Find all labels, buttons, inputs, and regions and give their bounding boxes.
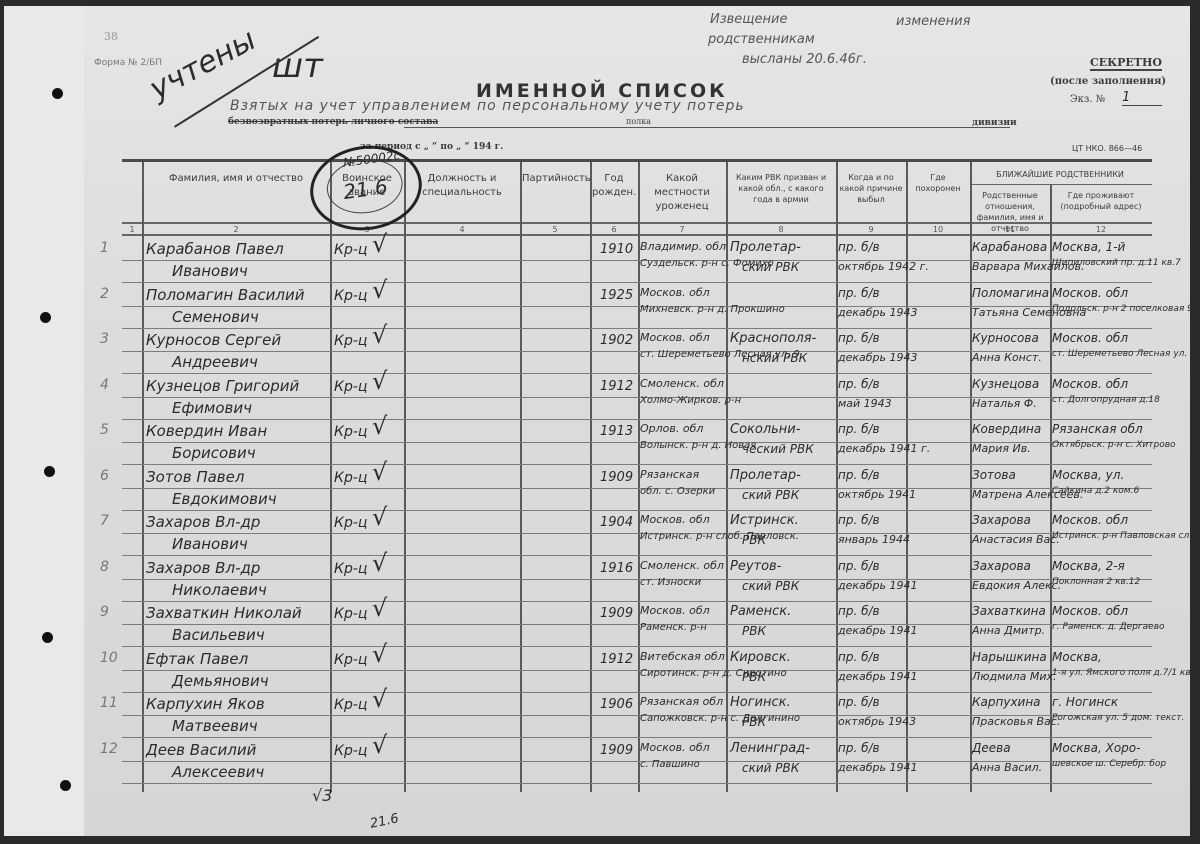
note-right: изменения: [896, 14, 970, 29]
origin-line-1: Владимир. обл: [640, 240, 726, 253]
origin-line-1: Рязанская обл: [640, 695, 723, 708]
relative-line-1: Захарова: [972, 559, 1031, 573]
address-line-2: Октябрьск. р-н с. Хитрово: [1052, 440, 1176, 450]
address-line-1: г. Ногинск: [1052, 695, 1118, 709]
column-header: Когда и по какой причине выбыл: [838, 172, 904, 205]
relative-line-2: Прасковья Вас.: [972, 715, 1060, 728]
checkmark-icon: √: [372, 549, 387, 577]
left-date: январь 1944: [838, 533, 910, 546]
name: Ефтак Павел: [146, 650, 248, 668]
birth-year: 1925: [600, 288, 633, 303]
column-number: 1: [122, 225, 142, 234]
table-row: 3Курносов СергейАндреевичКр-ц1902Москов.…: [122, 329, 1152, 375]
birth-year: 1906: [600, 697, 633, 712]
rank: Кр-ц: [334, 470, 367, 486]
relative-line-1: Карабанова: [972, 240, 1047, 254]
rvk-line-2: ский РВК: [742, 488, 799, 502]
address-line-2: г. Раменск. д. Дергаево: [1052, 622, 1165, 632]
rvk-line-2: ский РВК: [742, 579, 799, 593]
row-number: 2: [100, 286, 109, 302]
origin-line-2: Раменск. р-н: [640, 622, 707, 633]
table-row: 4Кузнецов ГригорийЕфимовичКр-ц1912Смолен…: [122, 375, 1152, 421]
left-date: декабрь 1941 г.: [838, 442, 930, 455]
column-header: Год рожден.: [592, 172, 636, 200]
address-line-2: Рогожская ул. 5 дом. текст.: [1052, 713, 1184, 723]
rank: Кр-ц: [334, 242, 367, 258]
address-line-1: Москов. обл: [1052, 377, 1128, 391]
left-date: декабрь 1941: [838, 624, 918, 637]
name: Карабанов Павел: [146, 240, 284, 258]
rvk-line-2: ский РВК: [742, 260, 799, 274]
origin-line-2: Михневск. р-н д. Прокшино: [640, 304, 785, 315]
rank: Кр-ц: [334, 561, 367, 577]
origin-line-2: Волынск. р-н д. Новая: [640, 440, 756, 451]
column-number: 6: [590, 225, 638, 234]
table-row: 1Карабанов ПавелИвановичКр-ц1910Владимир…: [122, 238, 1152, 284]
checkmark-icon: √: [372, 640, 387, 668]
origin-line-2: с. Павшино: [640, 759, 700, 770]
left-date: октябрь 1941: [838, 488, 916, 501]
address-line-2: Подольск. р-н 2 поселковая 9 кв.3: [1052, 304, 1190, 314]
relative-line-1: Кузнецова: [972, 377, 1039, 391]
relative-line-2: Анна Васил.: [972, 761, 1042, 774]
origin-line-1: Смоленск. обл: [640, 377, 724, 390]
patronymic: Андреевич: [172, 353, 258, 371]
printed-polka: полка: [626, 117, 651, 126]
relative-line-1: Курносова: [972, 331, 1039, 345]
relative-line-1: Карпухина: [972, 695, 1041, 709]
number-row-divider: [122, 234, 1152, 236]
rvk-line-1: Раменск.: [730, 604, 791, 619]
footer-mark: √3: [312, 786, 332, 805]
birth-year: 1909: [600, 606, 633, 621]
origin-line-1: Москов. обл: [640, 513, 710, 526]
rvk-line-2: ческий РВК: [742, 442, 814, 456]
rvk-line-2: РВК: [742, 533, 766, 547]
left-reason: пр. б/в: [838, 422, 880, 436]
relative-line-2: Анна Конст.: [972, 351, 1042, 364]
relative-line-1: Ковердина: [972, 422, 1041, 436]
patronymic: Демьянович: [172, 672, 269, 690]
sheet-number: 38: [104, 30, 118, 43]
address-line-1: Москов. обл: [1052, 513, 1128, 527]
after-fill-label: (после заполнения): [1050, 76, 1166, 87]
handwritten-signature-2: шт: [272, 46, 323, 86]
rvk-line-2: РВК: [742, 715, 766, 729]
address-line-1: Москва, 1-й: [1052, 240, 1125, 254]
copy-label: Экз. №: [1070, 94, 1105, 105]
name: Захваткин Николай: [146, 604, 302, 622]
address-line-2: шевское ш. Серебр. бор: [1052, 759, 1166, 769]
left-reason: пр. б/в: [838, 286, 880, 300]
note-line-1: Извещение: [710, 12, 788, 27]
rank: Кр-ц: [334, 652, 367, 668]
origin-line-2: Истринск. р-н слоб. Павловск.: [640, 531, 799, 542]
rank: Кр-ц: [334, 424, 367, 440]
group-divider: [970, 184, 1152, 185]
rvk-line-1: Пролетар-: [730, 240, 801, 255]
rvk-line-2: РВК: [742, 624, 766, 638]
left-reason: пр. б/в: [838, 695, 880, 709]
patronymic: Васильевич: [172, 626, 265, 644]
relative-line-2: Наталья Ф.: [972, 397, 1037, 410]
left-date: декабрь 1943: [838, 306, 918, 319]
table-row: 2Поломагин ВасилийСеменовичКр-ц1925Моско…: [122, 284, 1152, 330]
relative-line-1: Нарышкина: [972, 650, 1047, 664]
punch-hole: [42, 632, 53, 643]
column-header: Где похоронен: [908, 172, 968, 194]
relative-line-1: Захваткина: [972, 604, 1046, 618]
patronymic: Алексеевич: [172, 763, 264, 781]
origin-line-2: Сапожковск. р-н с. Долгинино: [640, 713, 800, 724]
address-line-2: 1-я ул. Ямского поля д.7/1 кв.6: [1052, 668, 1190, 678]
footer-date: 21.6: [369, 811, 400, 832]
birth-year: 1904: [600, 515, 633, 530]
note-line-3: высланы 20.6.46г.: [742, 52, 867, 67]
patronymic: Николаевич: [172, 581, 267, 599]
document-page: 38 Форма № 2/БП учтены шт Извещение родс…: [4, 6, 1190, 836]
address-line-1: Москов. обл: [1052, 286, 1128, 300]
column-number: 10: [906, 225, 970, 234]
relative-line-1: Деева: [972, 741, 1011, 755]
rvk-line-1: Истринск.: [730, 513, 799, 528]
checkmark-icon: √: [372, 731, 387, 759]
relative-line-1: Поломагина: [972, 286, 1049, 300]
origin-line-2: Холмо-Жирков. р-н: [640, 395, 741, 406]
rvk-line-2: РВК: [742, 670, 766, 684]
address-line-2: Истринск. р-н Павловская сл.: [1052, 531, 1190, 541]
column-number: 4: [404, 225, 520, 234]
name: Зотов Павел: [146, 468, 244, 486]
address-line-1: Москва, ул.: [1052, 468, 1124, 482]
row-number: 3: [100, 331, 109, 347]
secret-label: СЕКРЕТНО: [1090, 56, 1162, 71]
table-row: 7Захаров Вл-дрИвановичКр-ц1904Москов. об…: [122, 511, 1152, 557]
address-line-2: ст. Долгопрудная д.18: [1052, 395, 1160, 405]
rvk-line-1: Сокольни-: [730, 422, 800, 437]
rvk-line-1: Реутов-: [730, 559, 781, 574]
checkmark-icon: √: [372, 321, 387, 349]
left-date: декабрь 1941: [838, 761, 918, 774]
print-code: ЦТ НКО. 866—46: [1072, 144, 1142, 153]
name: Поломагин Василий: [146, 286, 305, 304]
origin-line-1: Смоленск. обл: [640, 559, 724, 572]
rank: Кр-ц: [334, 606, 367, 622]
left-date: май 1943: [838, 397, 892, 410]
origin-line-2: ст. Износки: [640, 577, 701, 588]
address-line-1: Москва, 2-я: [1052, 559, 1125, 573]
rank: Кр-ц: [334, 743, 367, 759]
row-number: 1: [100, 240, 109, 256]
birth-year: 1912: [600, 379, 633, 394]
rvk-line-1: Кировск.: [730, 650, 791, 665]
copy-number: 1: [1122, 90, 1162, 106]
name: Деев Василий: [146, 741, 256, 759]
left-reason: пр. б/в: [838, 377, 880, 391]
table-row: 12Деев ВасилийАлексеевичКр-ц1909Москов. …: [122, 739, 1152, 785]
checkmark-icon: √: [372, 503, 387, 531]
left-reason: пр. б/в: [838, 559, 880, 573]
relative-line-2: Мария Ив.: [972, 442, 1031, 455]
name: Захаров Вл-др: [146, 559, 260, 577]
address-line-2: ст. Шереметьево Лесная ул. 9: [1052, 349, 1190, 359]
address-line-1: Москов. обл: [1052, 604, 1128, 618]
column-number: 12: [1050, 225, 1152, 234]
column-header: Партийность: [522, 172, 588, 186]
patronymic: Семенович: [172, 308, 259, 326]
address-line-2: Поклонная 2 кв.12: [1052, 577, 1140, 587]
rvk-line-1: Пролетар-: [730, 468, 801, 483]
column-number: 11: [970, 225, 1050, 234]
left-reason: пр. б/в: [838, 741, 880, 755]
row-number: 11: [100, 695, 118, 711]
left-date: декабрь 1943: [838, 351, 918, 364]
checkmark-icon: √: [372, 685, 387, 713]
birth-year: 1909: [600, 743, 633, 758]
checkmark-icon: √: [372, 458, 387, 486]
origin-line-1: Рязанская: [640, 468, 699, 481]
origin-line-1: Москов. обл: [640, 604, 710, 617]
column-number: 7: [638, 225, 726, 234]
table-row: 10Ефтак ПавелДемьяновичКр-ц1912Витебская…: [122, 648, 1152, 694]
relative-line-2: Людмила Мих.: [972, 670, 1057, 683]
table-row: 8Захаров Вл-дрНиколаевичКр-ц1916Смоленск…: [122, 557, 1152, 603]
column-header: Должность и специальность: [406, 172, 518, 200]
table-row: 11Карпухин ЯковМатвеевичКр-ц1906Рязанска…: [122, 693, 1152, 739]
address-line-2: Сайкина д.2 ком.6: [1052, 486, 1139, 496]
row-number: 12: [100, 741, 118, 757]
origin-line-2: обл. с. Озерки: [640, 486, 715, 497]
form-number: Форма № 2/БП: [94, 58, 162, 68]
left-reason: пр. б/в: [838, 604, 880, 618]
left-reason: пр. б/в: [838, 513, 880, 527]
row-number: 5: [100, 422, 109, 438]
birth-year: 1902: [600, 333, 633, 348]
checkmark-icon: √: [372, 367, 387, 395]
checkmark-icon: √: [372, 276, 387, 304]
name: Захаров Вл-др: [146, 513, 260, 531]
name: Курносов Сергей: [146, 331, 281, 349]
address-line-1: Москва,: [1052, 650, 1102, 664]
rvk-line-2: ский РВК: [742, 761, 799, 775]
origin-line-1: Москов. обл: [640, 741, 710, 754]
patronymic: Иванович: [172, 535, 248, 553]
relative-line-2: Анастасия Вас.: [972, 533, 1060, 546]
left-reason: пр. б/в: [838, 240, 880, 254]
row-number: 6: [100, 468, 109, 484]
underline: [404, 127, 1010, 128]
checkmark-icon: √: [372, 230, 387, 258]
column-number: 8: [726, 225, 836, 234]
name: Ковердин Иван: [146, 422, 267, 440]
birth-year: 1909: [600, 470, 633, 485]
row-number: 10: [100, 650, 118, 666]
rvk-line-1: Ногинск.: [730, 695, 791, 710]
column-header: Каким РВК призван и какой обл., с какого…: [728, 172, 834, 205]
rank: Кр-ц: [334, 288, 367, 304]
checkmark-icon: √: [372, 412, 387, 440]
printed-division: дивизии: [972, 118, 1017, 128]
address-line-1: Рязанская обл: [1052, 422, 1143, 436]
left-reason: пр. б/в: [838, 650, 880, 664]
punch-hole: [44, 466, 55, 477]
relative-line-2: Евдокия Алекс.: [972, 579, 1061, 592]
column-header: Фамилия, имя и отчество: [144, 172, 328, 186]
patronymic: Матвеевич: [172, 717, 258, 735]
column-header: Где проживают (подробный адрес): [1052, 190, 1150, 212]
origin-line-1: Москов. обл: [640, 286, 710, 299]
origin-line-1: Витебская обл: [640, 650, 725, 663]
left-date: декабрь 1941: [838, 579, 918, 592]
row-number: 9: [100, 604, 109, 620]
patronymic: Ефимович: [172, 399, 252, 417]
origin-line-1: Орлов. обл: [640, 422, 703, 435]
row-number: 7: [100, 513, 109, 529]
patronymic: Иванович: [172, 262, 248, 280]
column-number: 5: [520, 225, 590, 234]
birth-year: 1912: [600, 652, 633, 667]
printed-subtitle: безвозвратных потерь личного состава: [228, 117, 438, 127]
table-row: 9Захваткин НиколайВасильевичКр-ц1909Моск…: [122, 602, 1152, 648]
punch-hole: [60, 780, 71, 791]
binding-margin: [4, 6, 84, 836]
column-number: 9: [836, 225, 906, 234]
rvk-line-1: Ленинград-: [730, 741, 810, 756]
birth-year: 1913: [600, 424, 633, 439]
checkmark-icon: √: [372, 594, 387, 622]
birth-year: 1910: [600, 242, 633, 257]
left-date: октябрь 1943: [838, 715, 916, 728]
rank: Кр-ц: [334, 333, 367, 349]
rank: Кр-ц: [334, 379, 367, 395]
left-reason: пр. б/в: [838, 468, 880, 482]
column-header: Какой местности уроженец: [640, 172, 724, 214]
left-reason: пр. б/в: [838, 331, 880, 345]
address-line-1: Москов. обл: [1052, 331, 1128, 345]
name: Карпухин Яков: [146, 695, 265, 713]
name: Кузнецов Григорий: [146, 377, 299, 395]
rank: Кр-ц: [334, 697, 367, 713]
relative-line-2: Анна Дмитр.: [972, 624, 1045, 637]
address-line-1: Москва, Хоро-: [1052, 741, 1140, 755]
row-number: 4: [100, 377, 109, 393]
column-number: 2: [142, 225, 330, 234]
personnel-table: БЛИЖАЙШИЕ РОДСТВЕННИКИ 1Фамилия, имя и о…: [122, 159, 1152, 792]
patronymic: Евдокимович: [172, 490, 277, 508]
row-number: 8: [100, 559, 109, 575]
rank: Кр-ц: [334, 515, 367, 531]
handwritten-subtitle: Взятых на учет управлением по персональн…: [230, 98, 745, 114]
relatives-group-label: БЛИЖАЙШИЕ РОДСТВЕННИКИ: [970, 168, 1150, 182]
table-row: 6Зотов ПавелЕвдокимовичКр-ц1909Рязанская…: [122, 466, 1152, 512]
relative-line-1: Захарова: [972, 513, 1031, 527]
rvk-line-1: Краснополя-: [730, 331, 816, 346]
origin-line-1: Москов. обл: [640, 331, 710, 344]
left-date: декабрь 1941: [838, 670, 918, 683]
left-date: октябрь 1942 г.: [838, 260, 929, 273]
birth-year: 1916: [600, 561, 633, 576]
punch-hole: [52, 88, 63, 99]
rvk-line-2: нский РВК: [742, 351, 807, 365]
patronymic: Борисович: [172, 444, 256, 462]
note-line-2: родственникам: [708, 32, 815, 47]
relative-line-1: Зотова: [972, 468, 1016, 482]
address-line-2: Шипиловский пр. д.11 кв.7: [1052, 258, 1181, 268]
table-row: 5Ковердин ИванБорисовичКр-ц1913Орлов. об…: [122, 420, 1152, 466]
punch-hole: [40, 312, 51, 323]
